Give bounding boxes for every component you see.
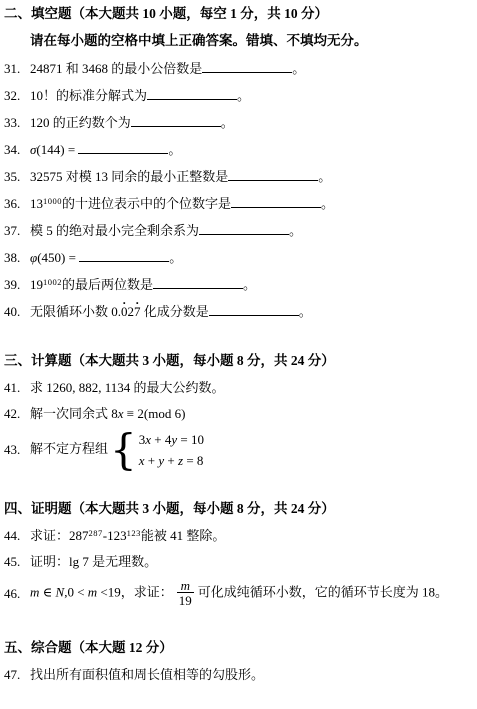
question-body: 24871 和 3468 的最小公倍数是。 bbox=[30, 59, 471, 78]
power-base: 287 bbox=[69, 528, 89, 543]
section-computation: 三、计算题（本大题共 3 小题，每小题 8 分，共 24 分） 41.求 126… bbox=[4, 352, 471, 469]
fraction: m19 bbox=[177, 579, 194, 608]
question-text-fragment: 。 bbox=[299, 304, 312, 319]
question-number: 46. bbox=[4, 585, 30, 603]
question-row: 35.32575 对模 13 同余的最小正整数是。 bbox=[4, 167, 471, 186]
question-body: 无限循环小数 0.027 化成分数是。 bbox=[30, 302, 471, 321]
question-body: φ(450) = 。 bbox=[30, 248, 471, 267]
power-exponent: 1000 bbox=[43, 196, 62, 206]
question-text-fragment: 120 的正约数个为 bbox=[30, 115, 131, 130]
answer-blank bbox=[147, 86, 237, 100]
power-expression: 191002 bbox=[30, 277, 62, 292]
question-row: 41.求 1260, 882, 1134 的最大公约数。 bbox=[4, 379, 471, 397]
question-body: 解一次同余式 8x ≡ 2(mod 6) bbox=[30, 405, 471, 423]
equation-lines: 3x + 4y = 10x + y + z = 8 bbox=[139, 431, 204, 469]
math-variable: m bbox=[30, 584, 39, 599]
question-body: 模 5 的绝对最小完全剩余系为。 bbox=[30, 221, 471, 240]
question-row: 33.120 的正约数个为。 bbox=[4, 113, 471, 132]
question-text-fragment: 解不定方程组 bbox=[30, 441, 108, 456]
answer-blank bbox=[131, 113, 221, 127]
question-body: 求 1260, 882, 1134 的最大公约数。 bbox=[30, 379, 471, 397]
question-number: 37. bbox=[4, 222, 30, 240]
equation-line: x + y + z = 8 bbox=[139, 452, 204, 469]
section-title: 三、计算题（本大题共 3 小题，每小题 8 分，共 24 分） bbox=[4, 352, 471, 370]
question-row: 38.φ(450) = 。 bbox=[4, 248, 471, 267]
question-text-fragment: 证明：lg 7 是无理数。 bbox=[30, 554, 157, 569]
question-body: m ∈ N,0 < m <19，求证：m19可化成纯循环小数，它的循环节长度为 … bbox=[30, 579, 471, 608]
question-text-fragment: ∈ bbox=[39, 584, 55, 599]
question-number: 36. bbox=[4, 195, 30, 213]
question-row: 39.191002的最后两位数是。 bbox=[4, 275, 471, 294]
question-text-fragment: (450) = bbox=[37, 250, 79, 265]
question-text-fragment: 。 bbox=[221, 115, 234, 130]
question-row: 43.解不定方程组{3x + 4y = 10x + y + z = 8 bbox=[4, 431, 471, 469]
math-variable: m bbox=[88, 584, 97, 599]
answer-blank bbox=[202, 59, 292, 73]
question-body: 10！的标准分解式为。 bbox=[30, 86, 471, 105]
question-body: σ(144) = 。 bbox=[30, 140, 471, 159]
power-expression: 123123 bbox=[107, 528, 141, 543]
math-variable: N bbox=[56, 584, 65, 599]
question-body: 32575 对模 13 同余的最小正整数是。 bbox=[30, 167, 471, 186]
question-number: 34. bbox=[4, 141, 30, 159]
question-text-fragment: = 8 bbox=[183, 453, 203, 468]
answer-blank bbox=[153, 275, 243, 289]
answer-blank bbox=[199, 221, 289, 235]
question-text-fragment: 的十进位表示中的个位数字是 bbox=[62, 196, 231, 211]
question-text-fragment: + 4 bbox=[151, 432, 171, 447]
question-number: 47. bbox=[4, 666, 30, 684]
question-text-fragment: 。 bbox=[318, 169, 331, 184]
power-exponent: 123 bbox=[127, 528, 141, 538]
section-title: 五、综合题（本大题 12 分） bbox=[4, 639, 471, 657]
answer-blank bbox=[209, 302, 299, 316]
question-text-fragment: 化成分数是 bbox=[141, 304, 209, 319]
fraction-numerator: m bbox=[179, 579, 192, 592]
question-text-fragment: 能被 41 整除。 bbox=[141, 528, 226, 543]
section-title: 四、证明题（本大题共 3 小题，每小题 8 分，共 24 分） bbox=[4, 500, 471, 518]
question-number: 33. bbox=[4, 114, 30, 132]
question-text-fragment: = 10 bbox=[177, 432, 204, 447]
equation-line: 3x + 4y = 10 bbox=[139, 431, 204, 448]
question-list: 47.找出所有面积值和周长值相等的勾股形。 bbox=[4, 666, 471, 684]
question-text-fragment: 解一次同余式 8 bbox=[30, 406, 118, 421]
question-row: 32.10！的标准分解式为。 bbox=[4, 86, 471, 105]
repeating-decimal: 0.027 bbox=[111, 304, 140, 319]
question-row: 37.模 5 的绝对最小完全剩余系为。 bbox=[4, 221, 471, 240]
power-base: 19 bbox=[30, 277, 43, 292]
question-number: 43. bbox=[4, 441, 30, 459]
question-text-fragment: 求证： bbox=[30, 528, 69, 543]
section-comprehensive: 五、综合题（本大题 12 分） 47.找出所有面积值和周长值相等的勾股形。 bbox=[4, 639, 471, 684]
question-text-fragment: 找出所有面积值和周长值相等的勾股形。 bbox=[30, 667, 264, 682]
question-number: 39. bbox=[4, 276, 30, 294]
question-body: 191002的最后两位数是。 bbox=[30, 275, 471, 294]
question-text-fragment: + bbox=[164, 453, 178, 468]
question-text-fragment: 。 bbox=[292, 61, 305, 76]
answer-blank bbox=[79, 248, 169, 262]
question-body: 131000的十进位表示中的个位数字是。 bbox=[30, 194, 471, 213]
section-proof: 四、证明题（本大题共 3 小题，每小题 8 分，共 24 分） 44.求证：28… bbox=[4, 500, 471, 608]
question-number: 40. bbox=[4, 303, 30, 321]
power-expression: 287287 bbox=[69, 528, 103, 543]
question-number: 44. bbox=[4, 527, 30, 545]
question-text-fragment: ≡ 2(mod 6) bbox=[124, 406, 186, 421]
question-text-fragment: 模 5 的绝对最小完全剩余系为 bbox=[30, 223, 199, 238]
question-row: 46.m ∈ N,0 < m <19，求证：m19可化成纯循环小数，它的循环节长… bbox=[4, 579, 471, 608]
question-body: 证明：lg 7 是无理数。 bbox=[30, 553, 471, 571]
question-text-fragment: 求 1260, 882, 1134 的最大公约数。 bbox=[30, 380, 225, 395]
question-list: 41.求 1260, 882, 1134 的最大公约数。42.解一次同余式 8x… bbox=[4, 379, 471, 469]
question-number: 35. bbox=[4, 168, 30, 186]
exam-paper: 二、填空题（本大题共 10 小题，每空 1 分，共 10 分） 请在每小题的空格… bbox=[0, 0, 477, 684]
decimal-digit: 7 bbox=[134, 303, 141, 321]
question-text-fragment: 。 bbox=[237, 88, 250, 103]
question-text-fragment: ,0 < bbox=[64, 584, 88, 599]
question-number: 45. bbox=[4, 553, 30, 571]
question-body: 求证：287287-123123能被 41 整除。 bbox=[30, 527, 471, 545]
question-text-fragment: 24871 和 3468 的最小公倍数是 bbox=[30, 61, 202, 76]
power-base: 123 bbox=[107, 528, 127, 543]
question-row: 31.24871 和 3468 的最小公倍数是。 bbox=[4, 59, 471, 78]
answer-blank bbox=[78, 140, 168, 154]
question-text-fragment: 的最后两位数是 bbox=[62, 277, 153, 292]
power-exponent: 1002 bbox=[43, 277, 62, 287]
question-text-fragment: 。 bbox=[169, 250, 182, 265]
question-body: 120 的正约数个为。 bbox=[30, 113, 471, 132]
power-base: 13 bbox=[30, 196, 43, 211]
question-text-fragment: 。 bbox=[168, 142, 181, 157]
fraction-denominator: 19 bbox=[177, 592, 194, 608]
equation-system: {3x + 4y = 10x + y + z = 8 bbox=[110, 431, 204, 469]
question-text-fragment: (144) = bbox=[36, 142, 78, 157]
answer-blank bbox=[231, 194, 321, 208]
question-text-fragment: 可化成纯循环小数，它的循环节长度为 18。 bbox=[198, 584, 448, 599]
question-text-fragment: 。 bbox=[321, 196, 334, 211]
question-text-fragment: 。 bbox=[243, 277, 256, 292]
section-instruction: 请在每小题的空格中填上正确答案。错填、不填均无分。 bbox=[30, 32, 471, 50]
question-row: 40.无限循环小数 0.027 化成分数是。 bbox=[4, 302, 471, 321]
question-number: 38. bbox=[4, 249, 30, 267]
question-row: 42.解一次同余式 8x ≡ 2(mod 6) bbox=[4, 405, 471, 423]
question-row: 47.找出所有面积值和周长值相等的勾股形。 bbox=[4, 666, 471, 684]
question-text-fragment: 无限循环小数 bbox=[30, 304, 111, 319]
question-text-fragment: + bbox=[145, 453, 159, 468]
question-list: 44.求证：287287-123123能被 41 整除。45.证明：lg 7 是… bbox=[4, 527, 471, 608]
left-brace-icon: { bbox=[110, 431, 137, 469]
question-text-fragment: 。 bbox=[289, 223, 302, 238]
question-body: 找出所有面积值和周长值相等的勾股形。 bbox=[30, 666, 471, 684]
power-expression: 131000 bbox=[30, 196, 62, 211]
question-text-fragment: 32575 对模 13 同余的最小正整数是 bbox=[30, 169, 228, 184]
question-number: 32. bbox=[4, 87, 30, 105]
section-fill-blanks: 二、填空题（本大题共 10 小题，每空 1 分，共 10 分） 请在每小题的空格… bbox=[4, 5, 471, 321]
power-exponent: 287 bbox=[89, 528, 103, 538]
answer-blank bbox=[228, 167, 318, 181]
question-body: 解不定方程组{3x + 4y = 10x + y + z = 8 bbox=[30, 431, 471, 469]
section-title: 二、填空题（本大题共 10 小题，每空 1 分，共 10 分） bbox=[4, 5, 471, 23]
question-text-fragment: <19，求证： bbox=[97, 584, 173, 599]
question-number: 31. bbox=[4, 60, 30, 78]
question-number: 42. bbox=[4, 405, 30, 423]
question-number: 41. bbox=[4, 379, 30, 397]
question-list: 31.24871 和 3468 的最小公倍数是。32.10！的标准分解式为。33… bbox=[4, 59, 471, 321]
question-row: 44.求证：287287-123123能被 41 整除。 bbox=[4, 527, 471, 545]
question-row: 45.证明：lg 7 是无理数。 bbox=[4, 553, 471, 571]
question-row: 36.131000的十进位表示中的个位数字是。 bbox=[4, 194, 471, 213]
question-row: 34.σ(144) = 。 bbox=[4, 140, 471, 159]
question-text-fragment: 10！的标准分解式为 bbox=[30, 88, 147, 103]
